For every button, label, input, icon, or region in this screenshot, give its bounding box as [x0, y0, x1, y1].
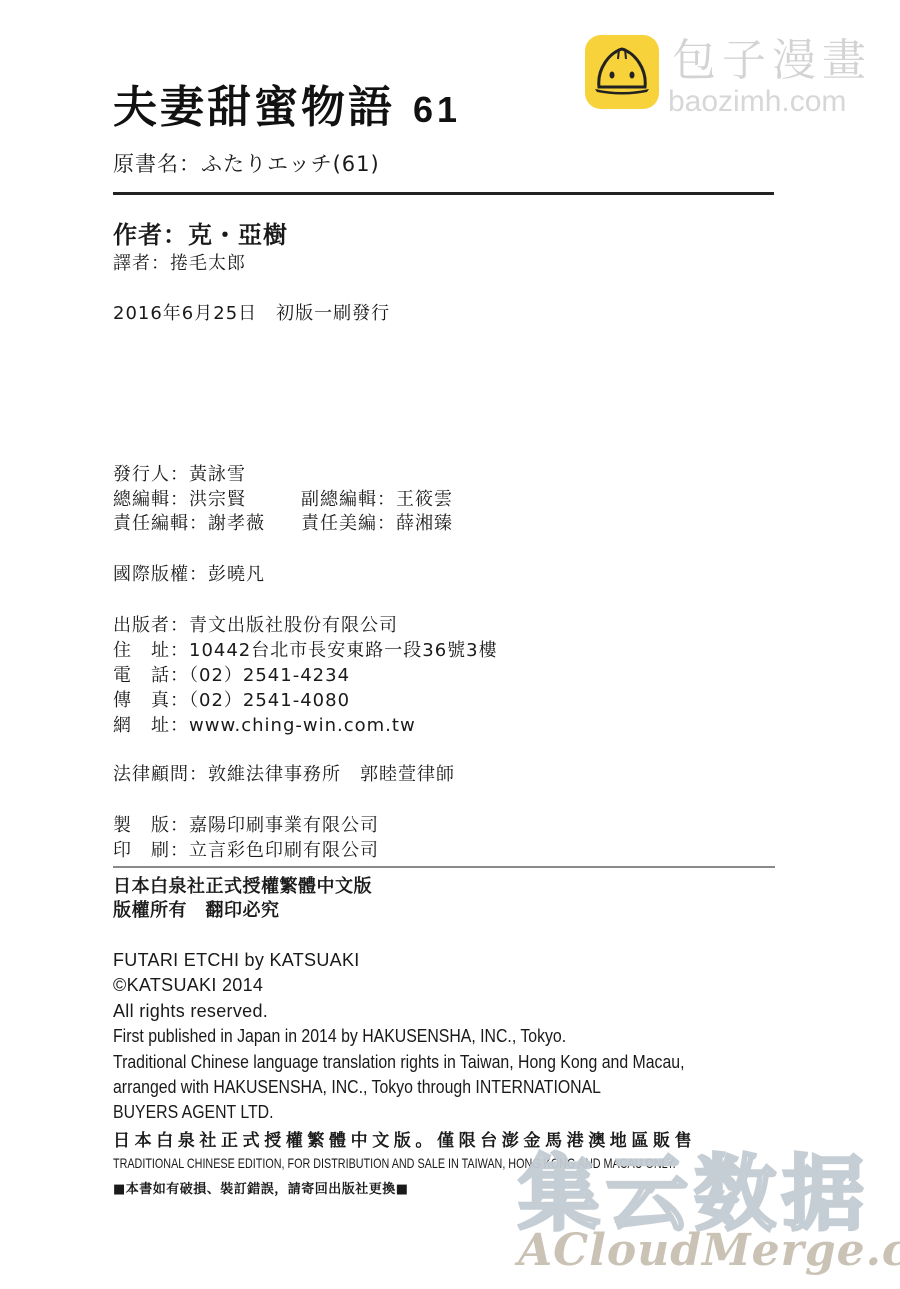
rights-reserved: All rights reserved.: [113, 999, 268, 1025]
info-label: 傳 真: [113, 688, 170, 713]
english-title-credit: FUTARI ETCHI by KATSUAKI: [113, 948, 360, 974]
info-value: ：（02）2541-4080: [170, 690, 350, 711]
staff-credits: 發行人：黃詠雪 總編輯：洪宗賢 副總編輯：王筱雲 責任編輯：謝孝薇 責任美編：薛…: [113, 463, 453, 537]
production-row: 印 刷：立言彩色印刷有限公司: [113, 838, 379, 863]
volume-number: 61: [413, 89, 461, 130]
production-value: ：嘉陽印刷事業有限公司: [170, 815, 379, 836]
book-title: 夫妻甜蜜物語61: [113, 82, 461, 136]
info-value: ：青文出版社股份有限公司: [170, 615, 398, 636]
info-label: 住 址: [113, 638, 170, 663]
arranged-with-line: arranged with HAKUSENSHA, INC., Tokyo th…: [113, 1075, 601, 1101]
responsible-editor: 責任編輯：謝孝薇: [113, 512, 301, 537]
production-label: 製 版: [113, 813, 170, 838]
original-title: 原書名：ふたりエッチ(61): [113, 150, 380, 178]
publisher-info-row: 出版者：青文出版社股份有限公司: [113, 613, 498, 638]
info-value: ：（02）2541-4234: [170, 665, 350, 686]
logo-chinese-text: 包子漫畫: [672, 36, 872, 86]
watermark-en: ACloudMerge.com: [518, 1226, 900, 1276]
license-statement-2: 版權所有 翻印必究: [113, 899, 280, 923]
production-info: 製 版：嘉陽印刷事業有限公司 印 刷：立言彩色印刷有限公司: [113, 813, 379, 863]
publisher-info: 出版者：青文出版社股份有限公司 住 址：10442台北市長安東路一段36號3樓 …: [113, 613, 498, 738]
translator-line: 譯者：捲毛太郎: [113, 252, 246, 277]
translation-rights-line: Traditional Chinese language translation…: [113, 1050, 684, 1076]
author-line: 作者：克・亞樹: [113, 220, 288, 250]
copyright-line: ©KATSUAKI 2014: [113, 973, 263, 999]
baozimh-logo-icon: [585, 35, 659, 109]
publisher-info-row: 網 址：www.ching-win.com.tw: [113, 713, 498, 738]
title-text: 夫妻甜蜜物語: [113, 82, 395, 133]
production-label: 印 刷: [113, 838, 170, 863]
replacement-notice: ■本書如有破損、裝訂錯誤，請寄回出版社更換■: [113, 1180, 409, 1200]
publisher-info-row: 傳 真：（02）2541-4080: [113, 688, 498, 713]
credit-row: 總編輯：洪宗賢 副總編輯：王筱雲: [113, 488, 453, 513]
art-editor: 責任美編：薛湘臻: [301, 512, 453, 537]
license-statement-1: 日本白泉社正式授權繁體中文版: [113, 875, 372, 899]
chief-editor: 總編輯：洪宗賢: [113, 488, 301, 513]
production-value: ：立言彩色印刷有限公司: [170, 840, 379, 861]
info-label: 網 址: [113, 713, 170, 738]
logo-url-text: baozimh.com: [668, 86, 846, 118]
title-divider: [113, 192, 774, 195]
bun-icon: [585, 35, 659, 109]
legal-counsel: 法律顧問：敦維法律事務所 郭睦萱律師: [113, 763, 455, 788]
deputy-chief-editor: 副總編輯：王筱雲: [301, 488, 453, 513]
credit-row: 責任編輯：謝孝薇 責任美編：薛湘臻: [113, 512, 453, 537]
publish-date: 2016年6月25日 初版一刷發行: [113, 302, 390, 327]
publisher-info-row: 住 址：10442台北市長安東路一段36號3樓: [113, 638, 498, 663]
agent-line: BUYERS AGENT LTD.: [113, 1100, 274, 1126]
info-label: 出版者: [113, 613, 170, 638]
publisher-info-row: 電 話：（02）2541-4234: [113, 663, 498, 688]
website-value: ：www.ching-win.com.tw: [170, 715, 416, 736]
international-rights: 國際版權：彭曉凡: [113, 563, 265, 588]
first-published-line: First published in Japan in 2014 by HAKU…: [113, 1024, 566, 1050]
license-divider: [113, 866, 775, 868]
info-value: ：10442台北市長安東路一段36號3樓: [170, 640, 498, 661]
info-label: 電 話: [113, 663, 170, 688]
publisher-person: 發行人：黃詠雪: [113, 463, 453, 488]
production-row: 製 版：嘉陽印刷事業有限公司: [113, 813, 379, 838]
